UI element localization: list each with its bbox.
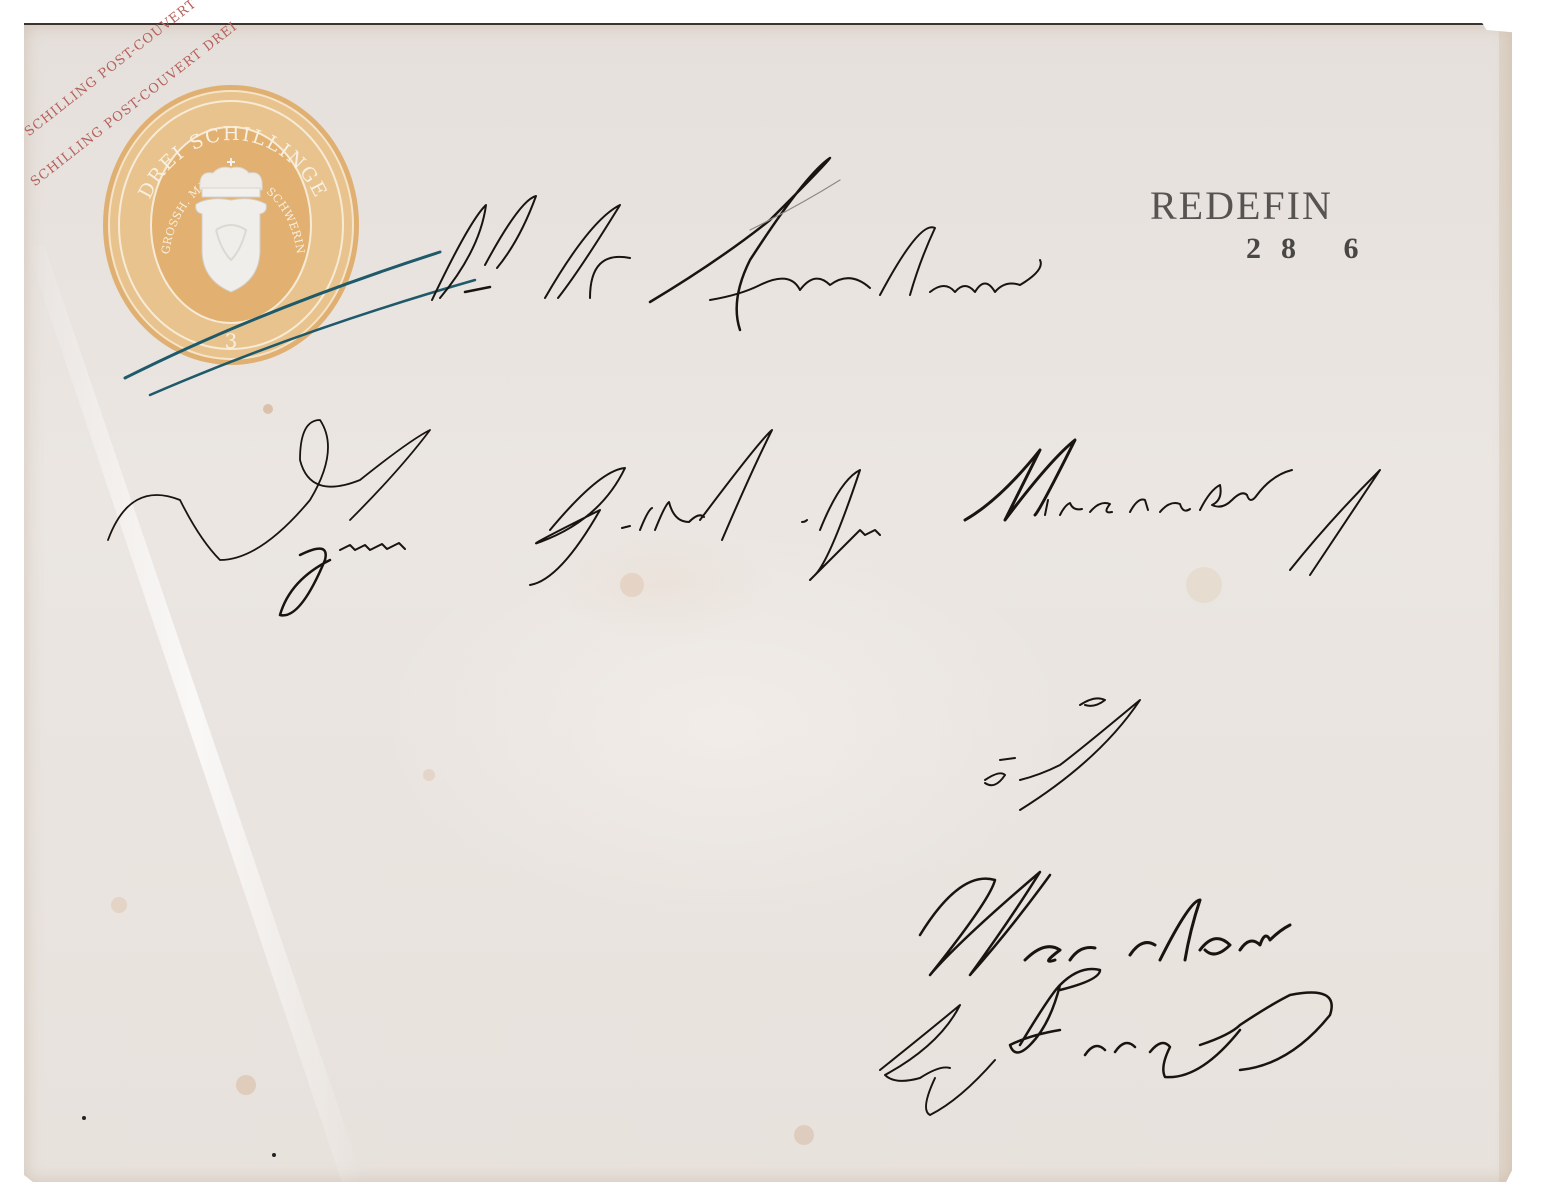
embossed-stamp: DREI SCHILLINGE GROSSH. MECKLENB. SCHWER… bbox=[100, 80, 365, 370]
address-transcription: Wohlgeb. R. Schlegel ben Herrn Gutsbesit… bbox=[0, 0, 1, 1]
stamp-value: 3 bbox=[225, 329, 238, 353]
postmark-town: REDEFIN bbox=[1150, 182, 1333, 229]
address-line-1: Wohlgeb. R. Schlegel ben bbox=[0, 0, 1, 1]
postmark-date: 28 6 bbox=[1246, 232, 1379, 266]
